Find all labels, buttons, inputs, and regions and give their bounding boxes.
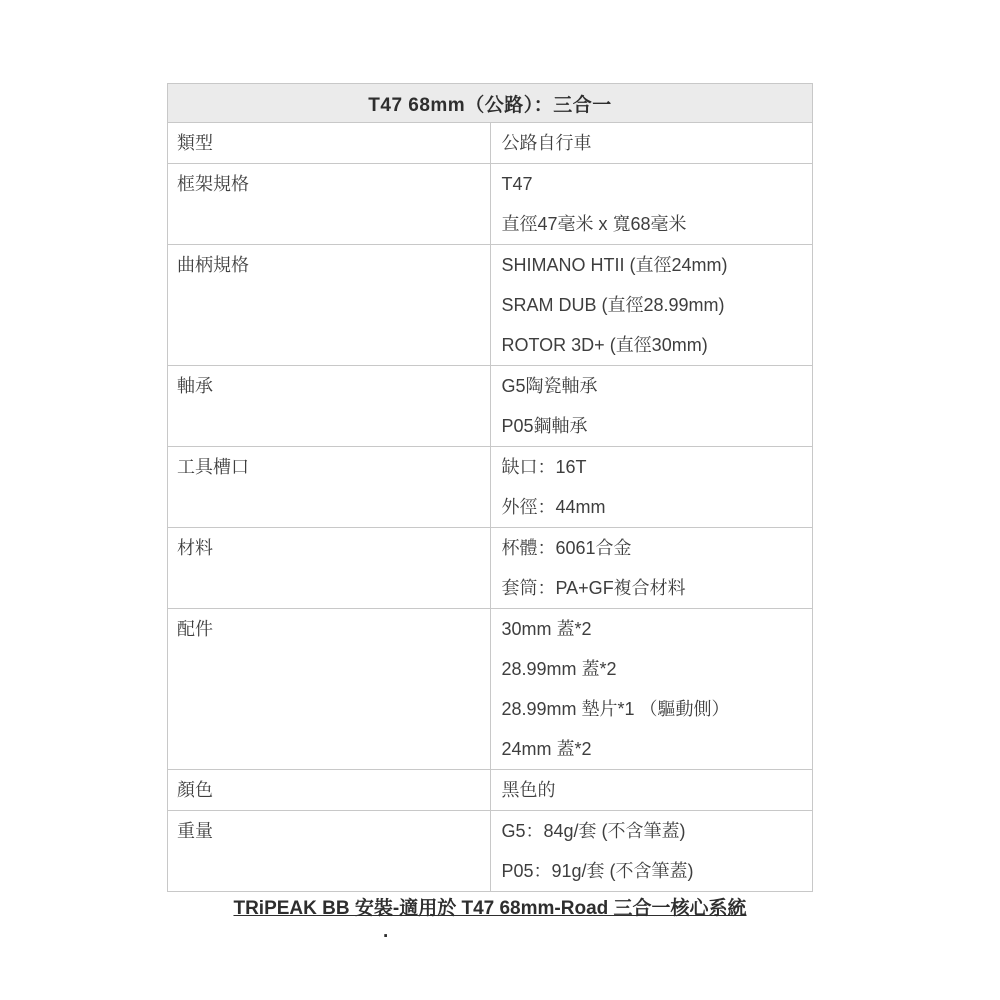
table-row: 材料杯體：6061合金套筒：PA+GF複合材料 bbox=[168, 528, 813, 609]
value-line: 套筒：PA+GF複合材料 bbox=[502, 568, 813, 608]
table-row: 工具槽口缺口：16T外徑：44mm bbox=[168, 447, 813, 528]
row-label: 顏色 bbox=[168, 770, 491, 811]
value-line: 缺口：16T bbox=[502, 447, 813, 487]
footer-period: . bbox=[383, 921, 388, 943]
value-line: 公路自行車 bbox=[502, 123, 813, 163]
value-line: 30mm 蓋*2 bbox=[502, 609, 813, 649]
row-label: 類型 bbox=[168, 123, 491, 164]
spec-table: T47 68mm（公路）：三合一 類型公路自行車框架規格T47直徑47毫米 x … bbox=[167, 83, 813, 892]
row-value: 30mm 蓋*228.99mm 蓋*228.99mm 墊片*1 （驅動側）24m… bbox=[490, 609, 813, 770]
value-line: T47 bbox=[502, 164, 813, 204]
row-label: 框架規格 bbox=[168, 164, 491, 245]
value-line: 28.99mm 蓋*2 bbox=[502, 649, 813, 689]
row-value: 公路自行車 bbox=[490, 123, 813, 164]
row-label: 軸承 bbox=[168, 366, 491, 447]
row-value: G5：84g/套 (不含筆蓋)P05：91g/套 (不含筆蓋) bbox=[490, 811, 813, 892]
value-line: 直徑47毫米 x 寬68毫米 bbox=[502, 204, 813, 244]
row-value: SHIMANO HTII (直徑24mm)SRAM DUB (直徑28.99mm… bbox=[490, 245, 813, 366]
spec-table-container: T47 68mm（公路）：三合一 類型公路自行車框架規格T47直徑47毫米 x … bbox=[167, 83, 813, 892]
row-value: G5陶瓷軸承P05鋼軸承 bbox=[490, 366, 813, 447]
table-row: 類型公路自行車 bbox=[168, 123, 813, 164]
value-line: 杯體：6061合金 bbox=[502, 528, 813, 568]
product-spec-page: T47 68mm（公路）：三合一 類型公路自行車框架規格T47直徑47毫米 x … bbox=[0, 0, 1000, 1000]
value-line: SHIMANO HTII (直徑24mm) bbox=[502, 245, 813, 285]
value-line: 外徑：44mm bbox=[502, 487, 813, 527]
value-line: 黑色的 bbox=[502, 770, 813, 810]
table-row: 配件30mm 蓋*228.99mm 蓋*228.99mm 墊片*1 （驅動側）2… bbox=[168, 609, 813, 770]
value-line: G5陶瓷軸承 bbox=[502, 366, 813, 406]
row-label: 曲柄規格 bbox=[168, 245, 491, 366]
row-value: T47直徑47毫米 x 寬68毫米 bbox=[490, 164, 813, 245]
table-row: 框架規格T47直徑47毫米 x 寬68毫米 bbox=[168, 164, 813, 245]
table-row: 軸承G5陶瓷軸承P05鋼軸承 bbox=[168, 366, 813, 447]
row-label: 重量 bbox=[168, 811, 491, 892]
table-header-row: T47 68mm（公路）：三合一 bbox=[168, 84, 813, 123]
row-label: 配件 bbox=[168, 609, 491, 770]
row-value: 杯體：6061合金套筒：PA+GF複合材料 bbox=[490, 528, 813, 609]
install-guide-link[interactable]: TRiPEAK BB 安裝-適用於 T47 68mm-Road 三合一核心系統 bbox=[233, 898, 746, 919]
value-line: 24mm 蓋*2 bbox=[502, 729, 813, 769]
table-title: T47 68mm（公路）：三合一 bbox=[168, 84, 813, 123]
row-value: 黑色的 bbox=[490, 770, 813, 811]
table-row: 顏色黑色的 bbox=[168, 770, 813, 811]
value-line: SRAM DUB (直徑28.99mm) bbox=[502, 285, 813, 325]
footer-caption: TRiPEAK BB 安裝-適用於 T47 68mm-Road 三合一核心系統 bbox=[167, 893, 813, 920]
row-label: 材料 bbox=[168, 528, 491, 609]
spec-table-body: 類型公路自行車框架規格T47直徑47毫米 x 寬68毫米曲柄規格SHIMANO … bbox=[168, 123, 813, 892]
table-row: 曲柄規格SHIMANO HTII (直徑24mm)SRAM DUB (直徑28.… bbox=[168, 245, 813, 366]
row-label: 工具槽口 bbox=[168, 447, 491, 528]
value-line: P05鋼軸承 bbox=[502, 406, 813, 446]
row-value: 缺口：16T外徑：44mm bbox=[490, 447, 813, 528]
value-line: P05：91g/套 (不含筆蓋) bbox=[502, 851, 813, 891]
value-line: G5：84g/套 (不含筆蓋) bbox=[502, 811, 813, 851]
table-row: 重量G5：84g/套 (不含筆蓋)P05：91g/套 (不含筆蓋) bbox=[168, 811, 813, 892]
value-line: 28.99mm 墊片*1 （驅動側） bbox=[502, 689, 813, 729]
value-line: ROTOR 3D+ (直徑30mm) bbox=[502, 325, 813, 365]
